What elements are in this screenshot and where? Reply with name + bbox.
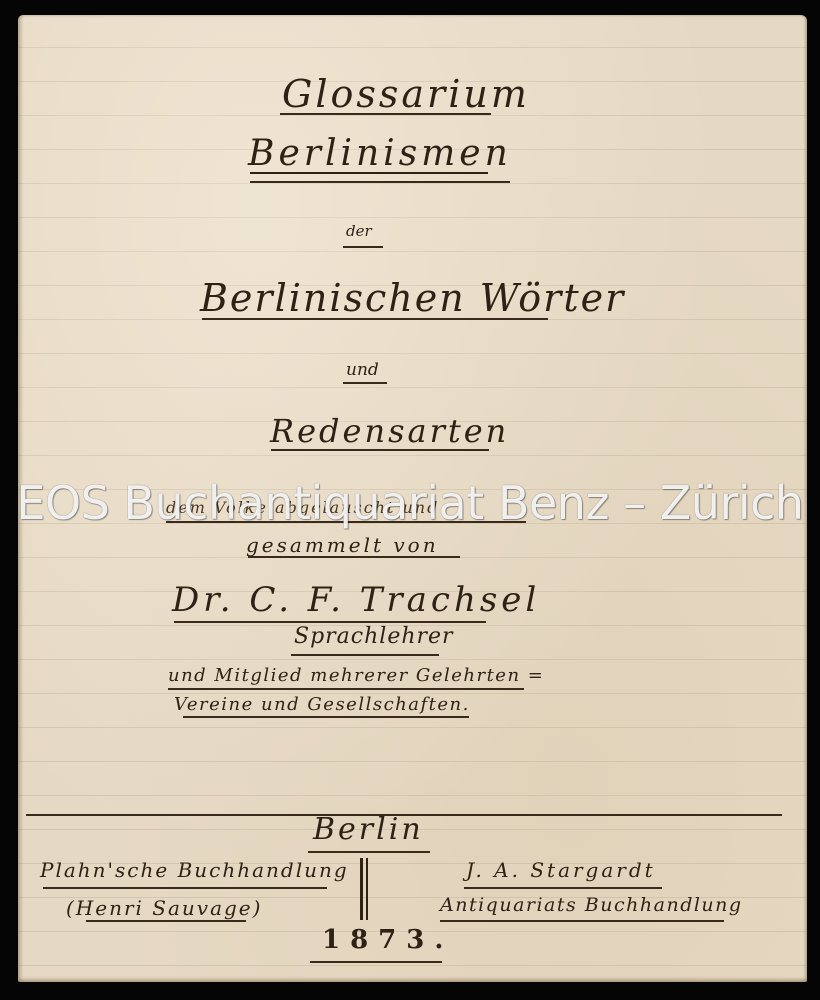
membership-line-1: und Mitglied mehrerer Gelehrten =	[168, 665, 544, 686]
year: 1873.	[322, 925, 453, 955]
underline-berlinismen	[250, 181, 510, 183]
double-bar-left	[360, 858, 363, 920]
author-role: Sprachlehrer	[294, 624, 454, 649]
underline-der	[343, 246, 383, 248]
connector-der: der	[346, 222, 372, 240]
publisher-right-type: Antiquariats Buchhandlung	[440, 894, 743, 916]
place-berlin: Berlin	[313, 812, 424, 847]
underline-collected-by	[248, 556, 460, 558]
watermark: EOS Buchantiquariat Benz – Zürich	[0, 476, 820, 530]
underline-year	[310, 961, 442, 963]
membership-line-2: Vereine und Gesellschaften.	[174, 694, 470, 715]
underline-publisher-left	[43, 887, 327, 889]
double-bar-right	[366, 858, 368, 920]
underline-publisher-right	[464, 887, 662, 889]
title-berlinischen-woerter: Berlinischen Wörter	[200, 276, 625, 320]
author-name: Dr. C. F. Trachsel	[172, 580, 540, 620]
underline-glossarium	[280, 113, 491, 115]
underline-berlin	[308, 851, 430, 853]
collected-by: gesammelt von	[246, 533, 439, 557]
publisher-left-name: Plahn'sche Buchhandlung	[40, 858, 349, 882]
title-glossarium: Glossarium	[282, 72, 530, 116]
underline-membership-2	[183, 716, 469, 718]
underline-redensarten	[271, 449, 489, 451]
underline-publisher-type	[440, 920, 724, 922]
title-redensarten: Redensarten	[270, 412, 509, 450]
underline-publisher-owner	[86, 920, 246, 922]
underline-membership-1	[168, 688, 524, 690]
underline-role	[291, 654, 439, 656]
strikethrough-berlinismen	[250, 172, 488, 174]
title-berlinismen-struck: Berlinismen	[248, 133, 512, 174]
connector-und: und	[346, 360, 379, 380]
publisher-right-name: J. A. Stargardt	[466, 858, 656, 882]
publisher-left-owner: (Henri Sauvage)	[66, 896, 262, 920]
underline-und	[343, 382, 387, 384]
underline-berlinischen-woerter	[202, 318, 548, 320]
underline-author	[174, 621, 486, 623]
